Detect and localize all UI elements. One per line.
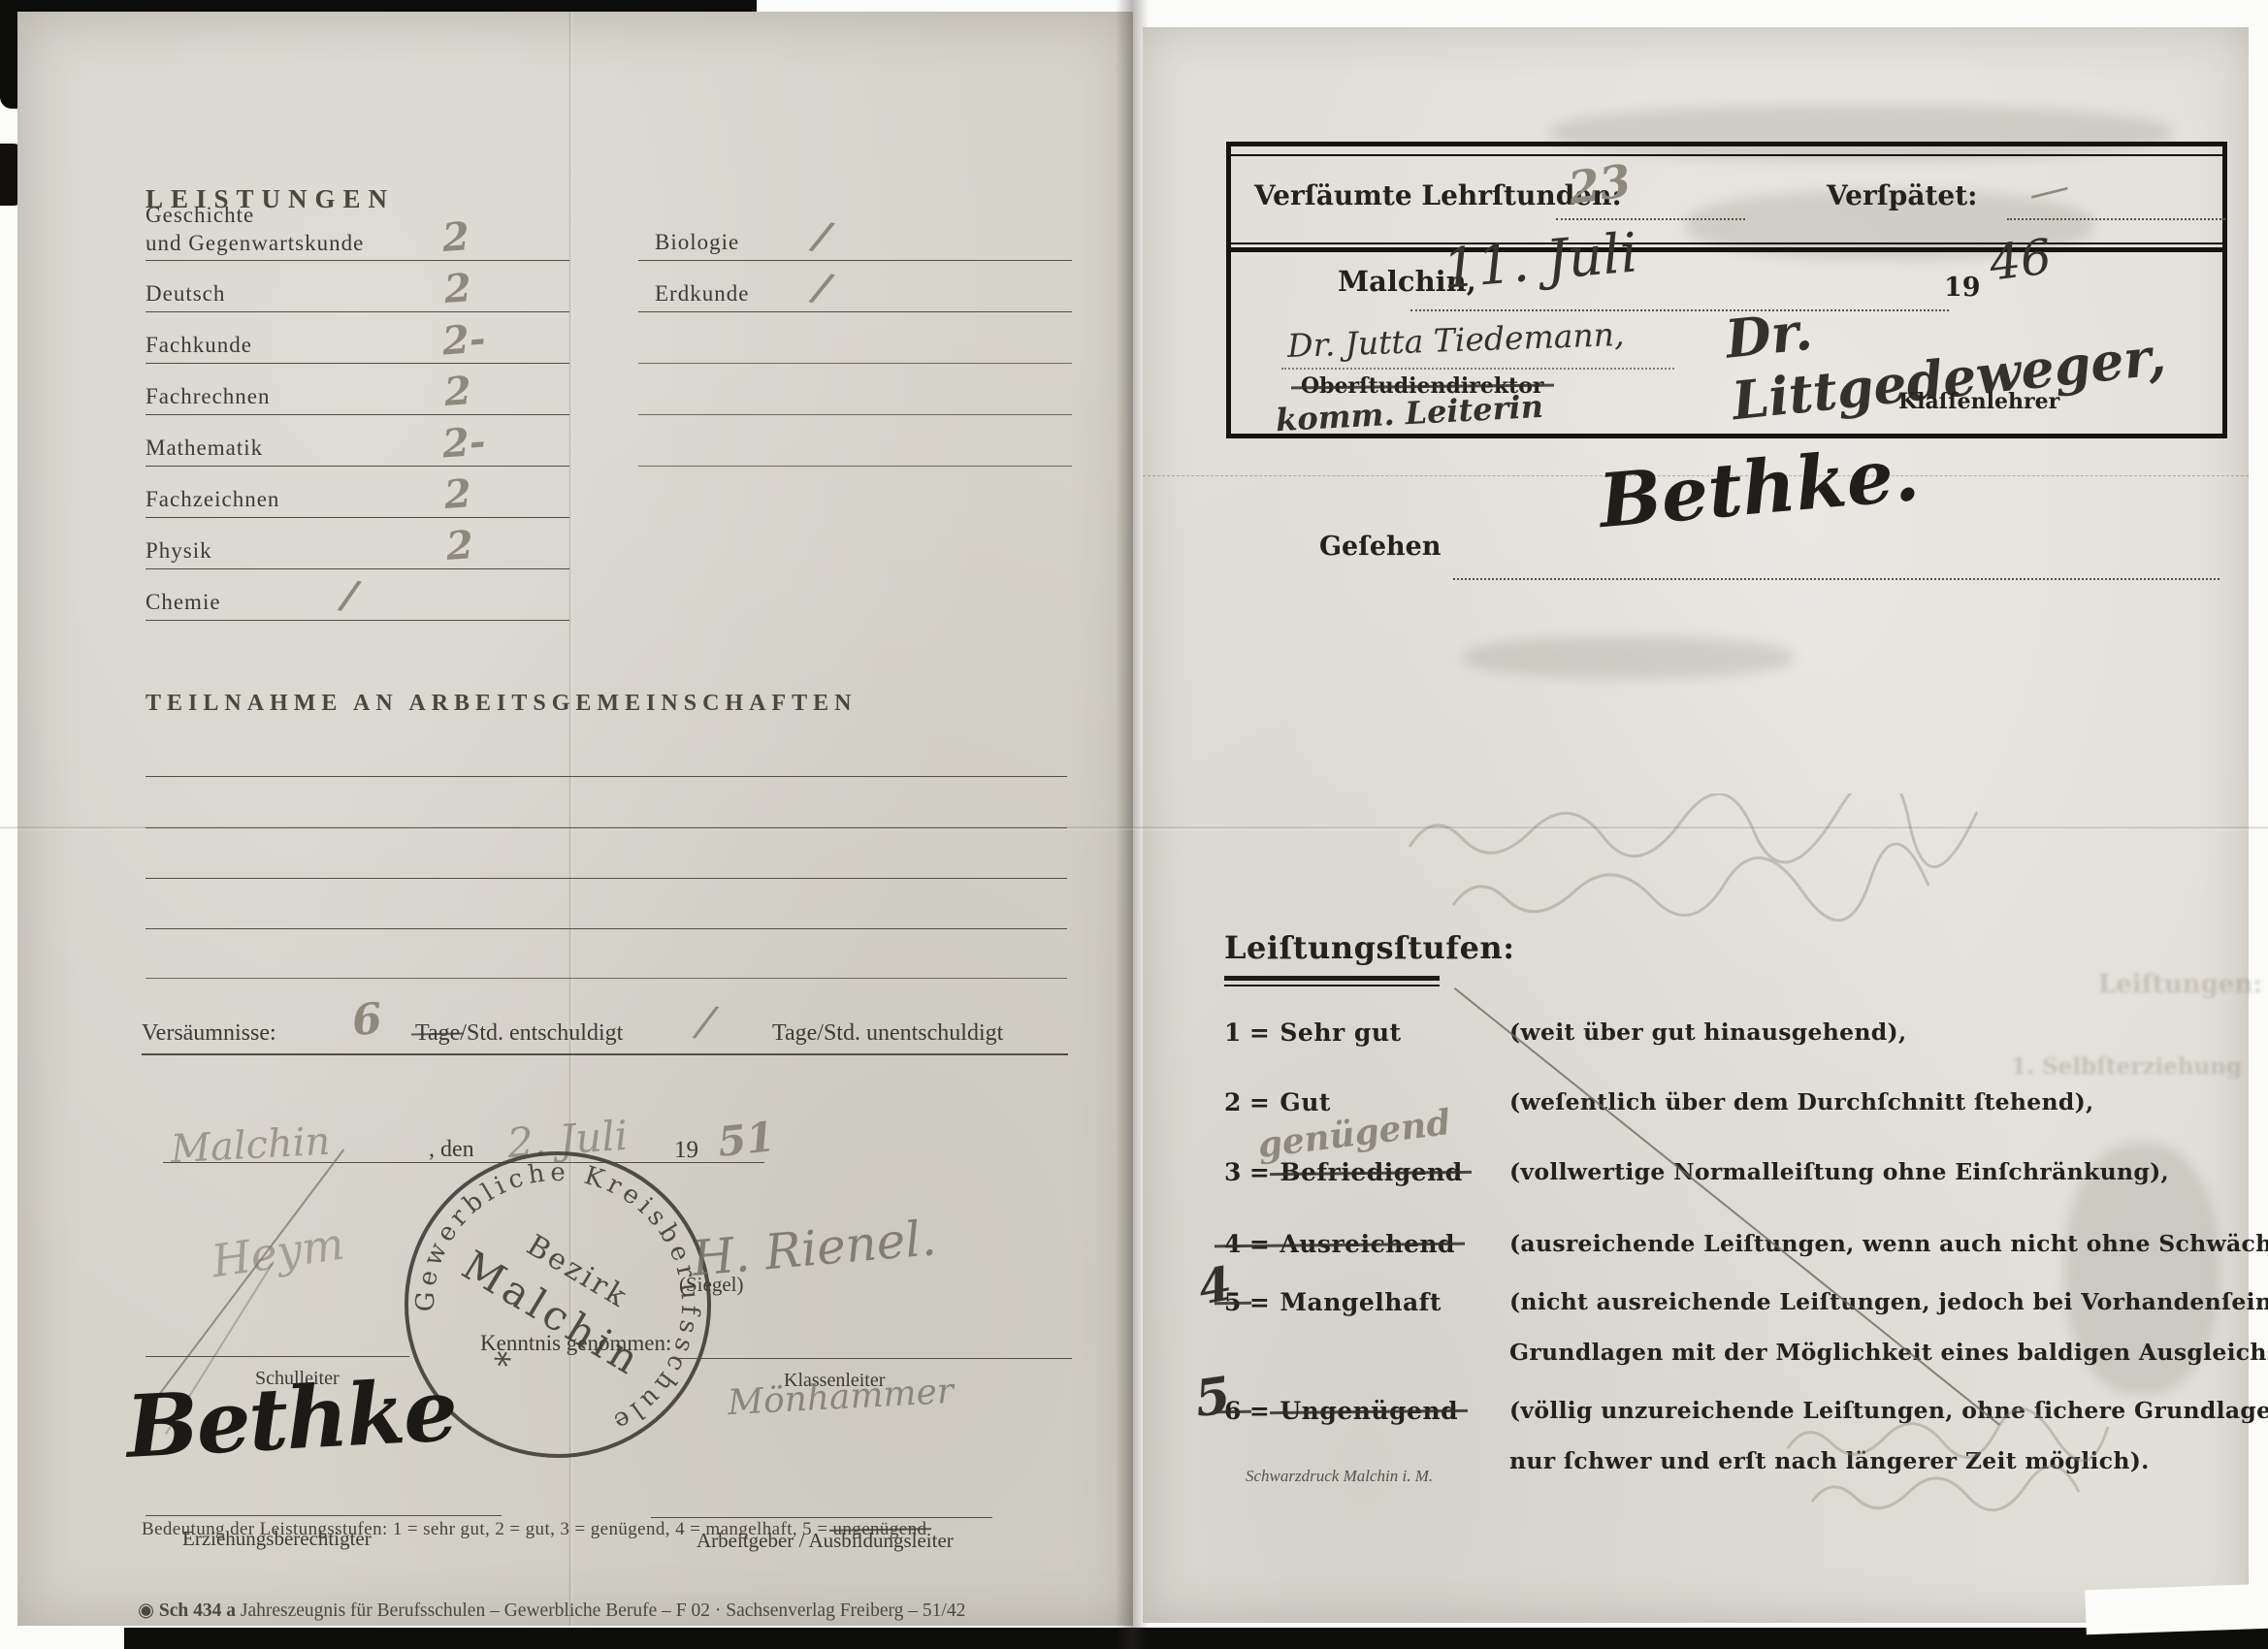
heading-underline-thin — [1224, 985, 1440, 986]
ruled-line — [146, 568, 569, 569]
absences-label: Versäumnisse: — [142, 1020, 276, 1047]
grade-handwritten: 2 — [442, 470, 472, 518]
scale-item-desc: (vollwertige Normalleiſtung ohne Einſchr… — [1509, 1158, 2169, 1185]
left-page: LEISTUNGEN Geschichte und Gegenwartskund… — [17, 12, 1133, 1626]
seen-signature-handwritten: Bethke. — [1596, 431, 1923, 544]
ruled-line — [146, 311, 569, 312]
section-heading-teilnahme: TEILNAHME AN ARBEITSGEMEINSCHAFTEN — [146, 691, 857, 717]
ruled-line — [146, 363, 569, 364]
ruled-line — [146, 620, 569, 621]
right-page: Leiſtungen: 1. Selbſterziehung Verſäumte… — [1143, 27, 2249, 1623]
subject-label: Fachzeichnen — [146, 485, 279, 513]
grade-legend: Bedeutung der Leistungsstufen: 1 = sehr … — [142, 1519, 926, 1540]
grade-handwritten: 2- — [440, 419, 487, 468]
ruled-line — [638, 414, 1072, 415]
missed-lessons-value-handwritten: 23 — [1566, 154, 1635, 214]
grade-handwritten: 2 — [444, 522, 474, 569]
class-teacher-title: Klaſſenlehrer — [1898, 389, 2059, 414]
subject-label: Chemie — [146, 588, 221, 616]
date-place-handwritten: Malchin — [170, 1119, 332, 1173]
absences-unexcused-value: / — [695, 996, 717, 1048]
bleedthrough-text: Leiſtungen: — [2098, 970, 2262, 999]
signature-line — [146, 1356, 409, 1357]
scale-item-desc: (weit über gut hinausgehend), — [1509, 1018, 1906, 1046]
dotted-line — [1453, 578, 2219, 580]
subject-label: Deutsch — [146, 279, 225, 307]
dotted-line — [1556, 218, 1745, 220]
ruled-line — [146, 878, 1067, 879]
scale-item: 3=Befriedigend — [1224, 1158, 1463, 1186]
ruled-line — [142, 1053, 1068, 1055]
subject-label: Mathematik — [146, 434, 263, 462]
grade-handwritten: 2- — [440, 316, 487, 365]
ruled-line — [638, 311, 1072, 312]
signature-line — [146, 1515, 502, 1516]
subject-label: Fachkunde — [146, 331, 252, 359]
seen-label: Geſehen — [1319, 532, 1441, 562]
scanned-report-card: LEISTUNGEN Geschichte und Gegenwartskund… — [0, 0, 2268, 1649]
signature-line — [651, 1517, 992, 1518]
grade-handwritten: / — [810, 264, 833, 311]
scan-edge-bottom — [124, 1628, 2268, 1649]
subject-label: Erdkunde — [655, 279, 749, 307]
box-divider-thin — [1231, 242, 2222, 244]
late-label: Verſpätet: — [1827, 179, 1978, 211]
scale-item: 6=Ungenügend — [1224, 1397, 1458, 1425]
form-footer: ◉ Sch 434 a Jahreszeugnis für Berufsschu… — [138, 1599, 965, 1622]
ruled-line — [146, 414, 569, 415]
ruled-line — [638, 363, 1072, 364]
bleedthrough-smudge — [1463, 636, 1793, 679]
bleedthrough-handwriting — [1773, 1405, 2200, 1540]
subject-label: Physik — [146, 536, 212, 565]
ruled-line — [146, 928, 1067, 929]
fold-crease-horizontal — [0, 826, 2268, 830]
scan-background-wedge — [2085, 1584, 2268, 1635]
grade-handwritten: / — [810, 212, 833, 260]
bleedthrough-text: 1. Selbſterziehung — [2011, 1053, 2242, 1080]
scale-item: 2=Gut — [1224, 1088, 1331, 1116]
date-handwritten: 11. Juli — [1441, 221, 1640, 301]
ruled-line — [638, 260, 1072, 261]
principal-signature: Dr. Jutta Tiedemann, — [1286, 315, 1625, 365]
ruled-line — [146, 776, 1067, 777]
scale-item-desc: Grundlagen mit der Möglichkeit eines bal… — [1509, 1339, 2268, 1366]
missed-lessons-label: Verſäumte Lehrſtunden: — [1254, 179, 1622, 211]
absences-unexcused-label: Tage/Std. unentschuldigt — [772, 1020, 1003, 1047]
year-handwritten: 51 — [716, 1113, 777, 1166]
principal-signature-handwritten: Heym — [209, 1217, 347, 1288]
absences-excused-value: 6 — [350, 994, 384, 1046]
ruled-line — [638, 466, 1072, 467]
bleedthrough-handwriting — [1395, 793, 2093, 939]
heading-underline-thick — [1224, 976, 1440, 981]
scale-item-desc: (nicht ausreichende Leiſtungen, jedoch b… — [1509, 1288, 2268, 1315]
grading-scale-heading: Leiſtungsſtufen: — [1224, 929, 1515, 966]
scale-item: 4=Ausreichend — [1224, 1230, 1455, 1258]
employer-signature-handwritten: Mönhammer — [727, 1372, 955, 1423]
dotted-line — [1281, 368, 1674, 370]
ruled-line — [146, 978, 1067, 979]
signature-line — [669, 1358, 1072, 1359]
box-divider-thick — [1231, 247, 2222, 252]
subject-label: Geschichte und Gegenwartskunde — [146, 201, 364, 257]
scale-item: 1=Sehr gut — [1224, 1018, 1402, 1047]
subject-label: Biologie — [655, 228, 739, 256]
guardian-signature-handwritten: Bethke — [124, 1359, 459, 1477]
grade-handwritten: 2 — [440, 213, 470, 261]
printer-footer: Schwarzdruck Malchin i. M. — [1246, 1467, 1433, 1486]
late-value-handwritten: — — [2024, 162, 2075, 218]
ruled-line — [146, 466, 569, 467]
grade-handwritten: 2 — [442, 368, 472, 415]
grade-handwritten: / — [340, 571, 360, 619]
scale-item: 5=Mangelhaft — [1224, 1288, 1442, 1316]
dotted-line — [2007, 218, 2225, 220]
ruled-line — [146, 260, 569, 261]
subject-label: Fachrechnen — [146, 382, 271, 410]
printer-mark-icon: ◉ — [138, 1600, 154, 1621]
siegel-label: (Siegel) — [679, 1273, 743, 1297]
grade-handwritten: 2 — [442, 265, 472, 312]
absences-excused-label: Tage/Std. entschuldigt — [415, 1020, 623, 1047]
ruled-line — [146, 517, 569, 518]
acknowledged-label: Kenntnis genommen: — [480, 1331, 671, 1356]
scale-item-desc: (ausreichende Leiſtungen, wenn auch nich… — [1509, 1230, 2268, 1257]
box-inner-rule — [1231, 154, 2222, 156]
attendance-signature-box: Verſäumte Lehrſtunden: 23 Verſpätet: — M… — [1226, 142, 2227, 438]
